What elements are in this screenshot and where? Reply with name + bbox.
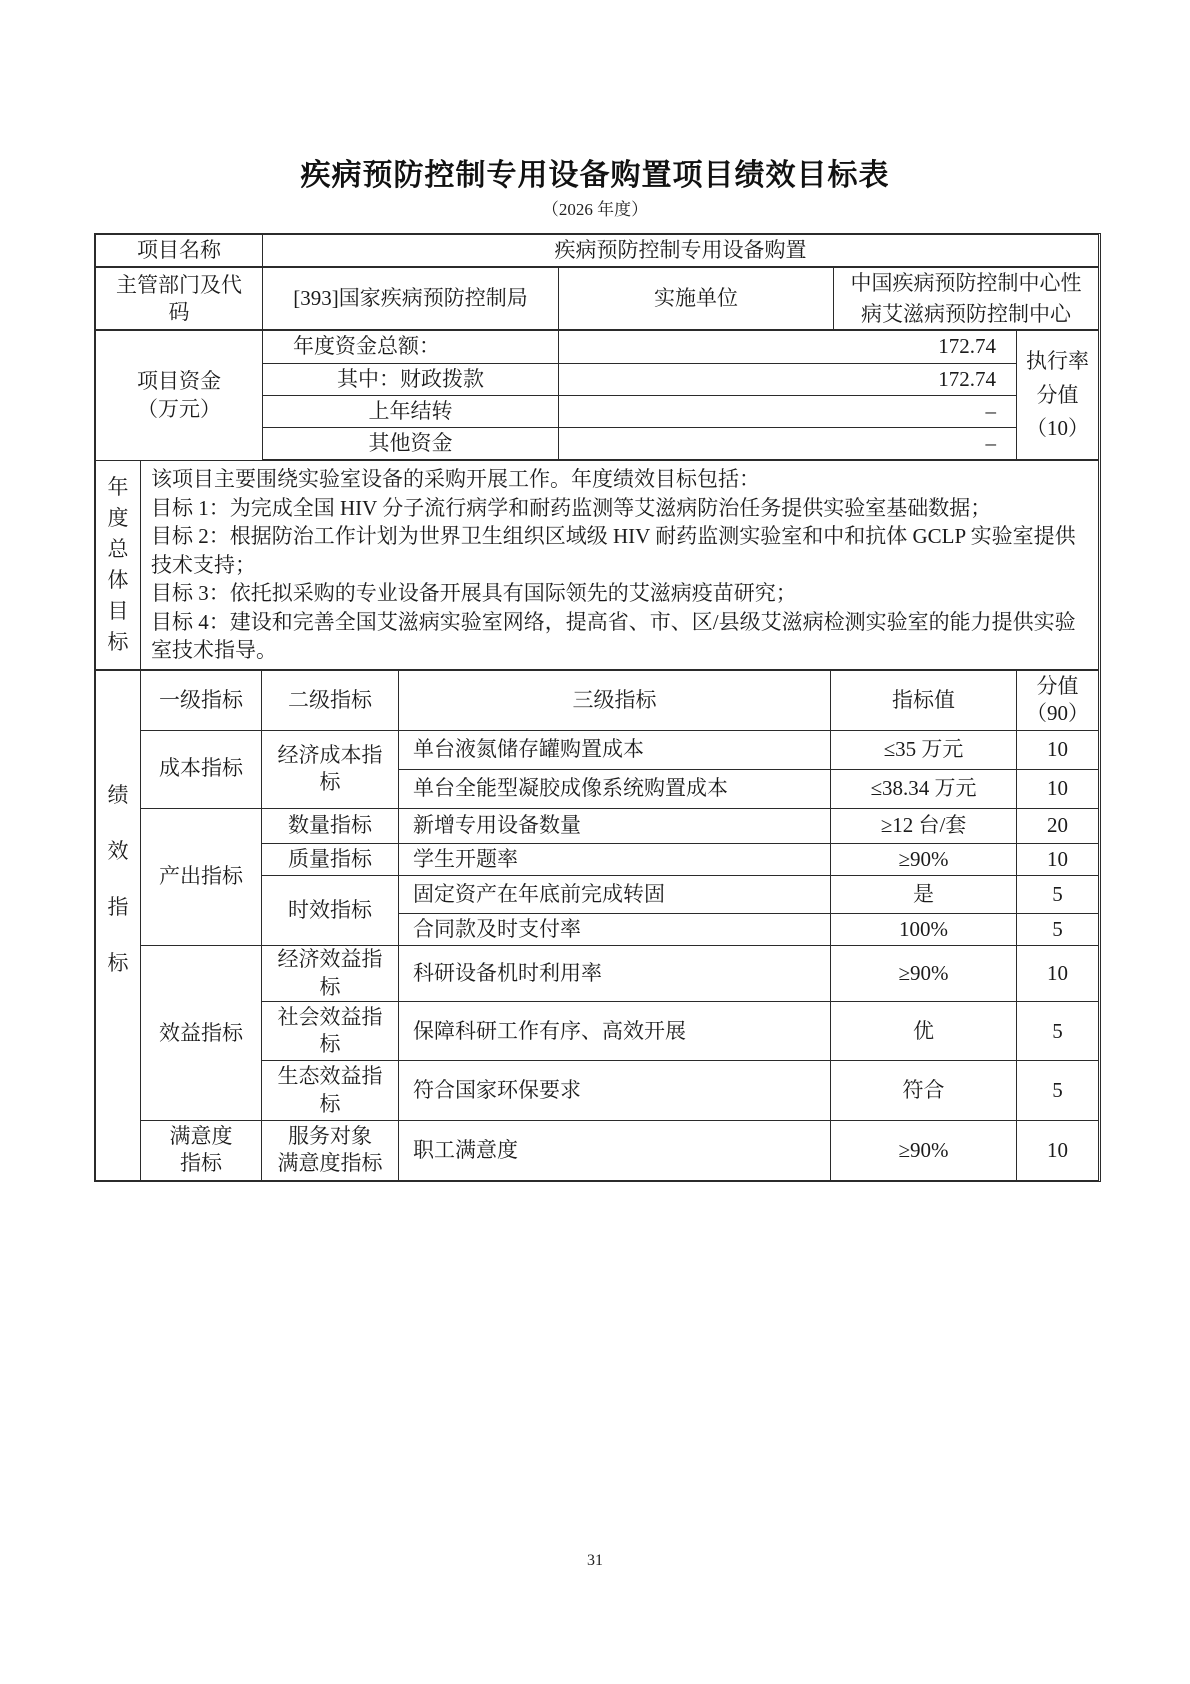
score-value: 10 [1017, 946, 1099, 1002]
document-page: 疾病预防控制专用设备购置项目绩效目标表 （2026 年度） 项目名称 疾病预防控… [0, 0, 1190, 1684]
score-value: 5 [1017, 1061, 1099, 1121]
score-value: 5 [1017, 913, 1099, 945]
level2-economic-benefit: 经济效益指标 [262, 946, 399, 1002]
level2-economic-cost: 经济成本指标 [262, 730, 399, 808]
metric: 职工满意度 [399, 1121, 831, 1181]
metric: 符合国家环保要求 [399, 1061, 831, 1121]
annual-goal-text: 该项目主要围绕实验室设备的采购开展工作。年度绩效目标包括： 目标 1：为完成全国… [141, 461, 1099, 670]
funding-row-label: 其他资金 [263, 428, 559, 461]
dept-value: [393]国家疾病预防控制局 [263, 267, 559, 330]
annual-goal-section: 年 度 总 体 目 标 该项目主要围绕实验室设备的采购开展工作。年度绩效目标包括… [95, 461, 1099, 671]
level2-quantity: 数量指标 [262, 808, 399, 843]
score-value: 10 [1017, 843, 1099, 875]
level1-cost: 成本指标 [141, 730, 262, 808]
target-value: ≥90% [831, 946, 1017, 1002]
table-row: 满意度 指标 服务对象 满意度指标 职工满意度 ≥90% 10 [96, 1121, 1099, 1181]
performance-target-table: 项目名称 疾病预防控制专用设备购置 主管部门及代码 [393]国家疾病预防控制局… [94, 233, 1101, 1182]
page-title: 疾病预防控制专用设备购置项目绩效目标表 [0, 150, 1190, 194]
execution-rate-label: 执行率 分值 （10） [1017, 330, 1099, 460]
target-value: ≥90% [831, 843, 1017, 875]
indicators-side-label: 绩 效 指 标 [96, 671, 141, 1180]
metric: 新增专用设备数量 [399, 808, 831, 843]
impl-unit-value: 中国疾病预防控制中心性病艾滋病预防控制中心 [834, 267, 1099, 330]
metric: 单台全能型凝胶成像系统购置成本 [399, 769, 831, 808]
metric: 保障科研工作有序、高效开展 [399, 1002, 831, 1061]
level2-quality: 质量指标 [262, 843, 399, 875]
funding-row-value: – [559, 428, 1017, 461]
metric: 固定资产在年底前完成转固 [399, 875, 831, 913]
page-number: 31 [0, 1552, 1190, 1570]
metric: 学生开题率 [399, 843, 831, 875]
score-value: 5 [1017, 1002, 1099, 1061]
header-level2: 二级指标 [262, 671, 399, 730]
indicators-header-row: 绩 效 指 标 一级指标 二级指标 三级指标 指标值 分值 （90） [96, 671, 1099, 730]
level2-ecological-benefit: 生态效益指标 [262, 1061, 399, 1121]
project-name-label: 项目名称 [96, 235, 263, 268]
target-value: ≤35 万元 [831, 730, 1017, 769]
level2-social-benefit: 社会效益指标 [262, 1002, 399, 1061]
target-value: 优 [831, 1002, 1017, 1061]
table-row: 年 度 总 体 目 标 该项目主要围绕实验室设备的采购开展工作。年度绩效目标包括… [96, 461, 1099, 670]
header-level1: 一级指标 [141, 671, 262, 730]
table-row: 主管部门及代码 [393]国家疾病预防控制局 实施单位 中国疾病预防控制中心性病… [96, 267, 1099, 330]
funding-row-value: – [559, 395, 1017, 427]
metric: 单台液氮储存罐购置成本 [399, 730, 831, 769]
target-value: ≥90% [831, 1121, 1017, 1181]
score-value: 20 [1017, 808, 1099, 843]
target-value: ≤38.34 万元 [831, 769, 1017, 808]
level1-benefit: 效益指标 [141, 946, 262, 1121]
header-score: 分值 （90） [1017, 671, 1099, 730]
funding-row-label: 其中：财政拨款 [263, 363, 559, 395]
target-value: 100% [831, 913, 1017, 945]
score-value: 5 [1017, 875, 1099, 913]
metric: 合同款及时支付率 [399, 913, 831, 945]
header-target: 指标值 [831, 671, 1017, 730]
table-row: 效益指标 经济效益指标 科研设备机时利用率 ≥90% 10 [96, 946, 1099, 1002]
level1-satisfaction: 满意度 指标 [141, 1121, 262, 1181]
project-name-value: 疾病预防控制专用设备购置 [263, 235, 1099, 268]
funding-row-label: 年度资金总额： [263, 330, 559, 363]
funding-section-label: 项目资金 （万元） [96, 330, 263, 460]
score-value: 10 [1017, 1121, 1099, 1181]
table-row: 项目资金 （万元） 年度资金总额： 172.74 执行率 分值 （10） [96, 330, 1099, 363]
metric: 科研设备机时利用率 [399, 946, 831, 1002]
level2-service-satisfaction: 服务对象 满意度指标 [262, 1121, 399, 1181]
table-row: 项目名称 疾病预防控制专用设备购置 [96, 235, 1099, 268]
page-subtitle: （2026 年度） [0, 195, 1190, 220]
annual-goal-side-label: 年 度 总 体 目 标 [96, 461, 141, 670]
header-level3: 三级指标 [399, 671, 831, 730]
indicators-table: 绩 效 指 标 一级指标 二级指标 三级指标 指标值 分值 （90） 成本指标 … [95, 671, 1099, 1181]
score-value: 10 [1017, 730, 1099, 769]
target-value: 是 [831, 875, 1017, 913]
dept-label: 主管部门及代码 [96, 267, 263, 330]
info-funding-table: 项目名称 疾病预防控制专用设备购置 主管部门及代码 [393]国家疾病预防控制局… [95, 234, 1099, 461]
funding-row-value: 172.74 [559, 363, 1017, 395]
impl-unit-label: 实施单位 [559, 267, 834, 330]
table-row: 产出指标 数量指标 新增专用设备数量 ≥12 台/套 20 [96, 808, 1099, 843]
target-value: 符合 [831, 1061, 1017, 1121]
target-value: ≥12 台/套 [831, 808, 1017, 843]
funding-row-label: 上年结转 [263, 395, 559, 427]
table-row: 成本指标 经济成本指标 单台液氮储存罐购置成本 ≤35 万元 10 [96, 730, 1099, 769]
level1-output: 产出指标 [141, 808, 262, 946]
level2-timeliness: 时效指标 [262, 875, 399, 945]
funding-row-value: 172.74 [559, 330, 1017, 363]
score-value: 10 [1017, 769, 1099, 808]
